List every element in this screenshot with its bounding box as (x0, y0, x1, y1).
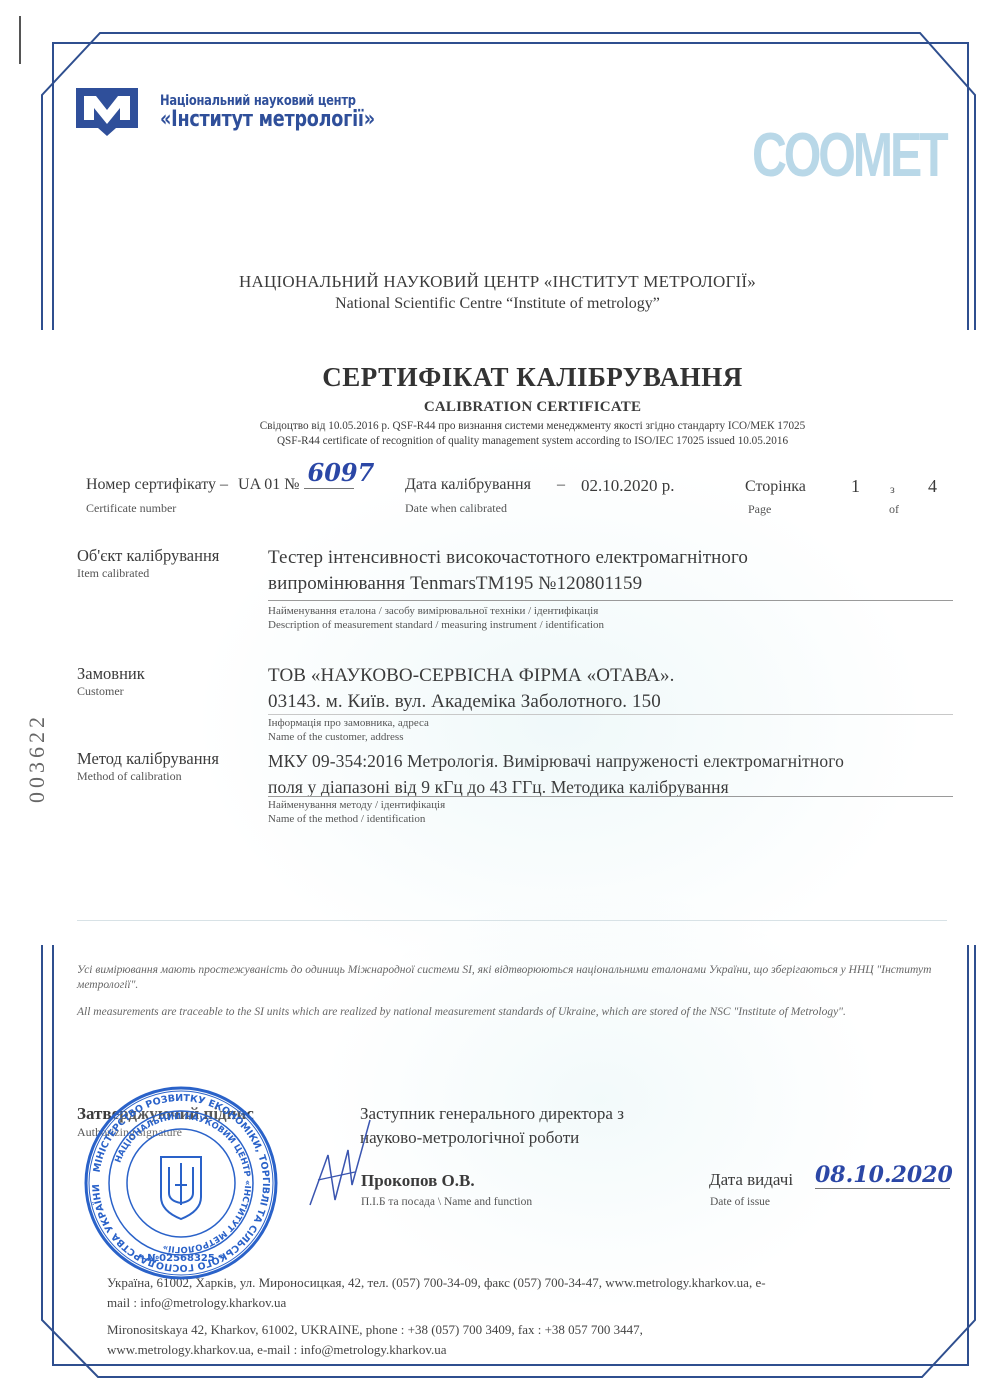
calibration-date-dash: – (557, 476, 565, 494)
traceability-statement-ua: Усі вимірювання мають простежуваність до… (77, 963, 947, 993)
serial-text: 003622 (24, 703, 50, 813)
logo-line-2: «Інститут метрології» (160, 107, 375, 132)
page-total: 4 (928, 476, 937, 497)
issue-date-label-en: Date of issue (710, 1196, 770, 1208)
item-calibrated-label-en: Item calibrated (77, 566, 149, 581)
item-calibrated-hint-ua: Найменування еталона / засобу вимірюваль… (268, 604, 604, 618)
certificate-number-label-en: Certificate number (86, 501, 176, 516)
certificate-subtitle: CALIBRATION CERTIFICATE (0, 399, 995, 416)
side-serial-number: 003622 (22, 700, 52, 820)
footer-address-en: Mironositskaya 42, Kharkov, 61002, UKRAI… (107, 1320, 927, 1360)
issue-date-label: Дата видачі (709, 1170, 793, 1190)
certificate-number-prefix: UA 01 № (238, 476, 300, 493)
issue-date-value: 08.10.2020 (815, 1162, 950, 1189)
calibration-date-label-en: Date when calibrated (405, 501, 507, 516)
coomet-logo: COOMET (752, 120, 946, 191)
section-divider (77, 920, 947, 921)
position-line-1: Заступник генерального директора з (360, 1102, 624, 1126)
org-name-en: National Scientific Centre “Institute of… (0, 295, 995, 313)
certificate-number: Номер сертифікату – UA 01 № 6097 (86, 474, 354, 494)
accreditation-note: Свідоцтво від 10.05.2016 р. QSF-R44 про … (0, 419, 995, 449)
position-line-2: науково-метрологічної роботи (360, 1126, 624, 1150)
official-stamp: МІНІСТЕРСТВО РОЗВИТКУ ЕКОНОМІКИ, ТОРГІВЛ… (83, 1085, 279, 1281)
org-name-ua: НАЦІОНАЛЬНИЙ НАУКОВИЙ ЦЕНТР «ІНСТИТУТ МЕ… (0, 272, 995, 292)
signatory-position: Заступник генерального директора з науко… (360, 1102, 624, 1150)
method-hint-ua: Найменування методу / ідентифікація (268, 798, 445, 812)
item-calibrated-line-1: Тестер інтенсивності високочастотного ел… (268, 545, 748, 571)
method-line-1: МКУ 09-354:2016 Метрологія. Вимірювачі н… (268, 748, 844, 774)
method-hint-en: Name of the method / identification (268, 812, 445, 826)
customer-value: ТОВ «НАУКОВО-СЕРВІСНА ФІРМА «ОТАВА». 031… (268, 663, 675, 715)
method-underline (268, 796, 953, 797)
footer-en-line-1: Mironositskaya 42, Kharkov, 61002, UKRAI… (107, 1320, 927, 1340)
customer-label: Замовник (77, 664, 145, 684)
page-label-en: Page (748, 502, 771, 517)
footer-ua-line-2: mail : info@metrology.kharkov.ua (107, 1293, 927, 1313)
item-calibrated-label: Об'єкт калібрування (77, 546, 219, 566)
page-label: Сторінка (745, 478, 806, 496)
customer-hint-en: Name of the customer, address (268, 730, 429, 744)
customer-hint: Інформація про замовника, адреса Name of… (268, 716, 429, 744)
item-calibrated-value: Тестер інтенсивності високочастотного ел… (268, 545, 748, 597)
method-value: МКУ 09-354:2016 Метрологія. Вимірювачі н… (268, 748, 844, 800)
item-calibrated-underline (268, 600, 953, 601)
method-hint: Найменування методу / ідентифікація Name… (268, 798, 445, 826)
item-calibrated-hint-en: Description of measurement standard / me… (268, 618, 604, 632)
svg-text:* №02568325 *: * №02568325 * (138, 1253, 224, 1264)
page-of-en: of (889, 502, 899, 517)
method-label: Метод калібрування (77, 749, 219, 769)
certificate-number-label: Номер сертифікату – (86, 476, 228, 493)
customer-underline (268, 714, 953, 715)
accreditation-note-en: QSF-R44 certificate of recognition of qu… (35, 434, 995, 449)
accreditation-note-ua: Свідоцтво від 10.05.2016 р. QSF-R44 про … (35, 419, 995, 434)
calibration-date-label: Дата калібрування (405, 476, 531, 494)
item-calibrated-hint: Найменування еталона / засобу вимірюваль… (268, 604, 604, 632)
method-label-en: Method of calibration (77, 769, 182, 784)
footer-en-line-2: www.metrology.kharkov.ua, e-mail : info@… (107, 1340, 927, 1360)
customer-line-1: ТОВ «НАУКОВО-СЕРВІСНА ФІРМА «ОТАВА». (268, 663, 675, 689)
traceability-statement-en: All measurements are traceable to the SI… (77, 1005, 952, 1020)
certificate-number-value: 6097 (308, 458, 375, 487)
signatory-name-hint: П.І.Б та посада \ Name and function (361, 1196, 532, 1208)
certificate-title: СЕРТИФІКАТ КАЛІБРУВАННЯ (0, 362, 995, 393)
item-calibrated-line-2: випромінювання TenmarsTM195 №120801159 (268, 571, 748, 597)
customer-label-en: Customer (77, 684, 124, 699)
customer-line-2: 03143. м. Київ. вул. Академіка Заболотно… (268, 689, 675, 715)
page-of: з (890, 482, 895, 497)
customer-hint-ua: Інформація про замовника, адреса (268, 716, 429, 730)
signatory-name: Прокопов О.В. (361, 1171, 475, 1191)
page-current: 1 (851, 476, 860, 497)
institute-logo-icon (76, 88, 138, 136)
institute-logo: Національний науковий центр «Інститут ме… (76, 88, 429, 136)
calibration-date-value: 02.10.2020 р. (581, 476, 675, 496)
handwritten-signature (300, 1110, 375, 1220)
